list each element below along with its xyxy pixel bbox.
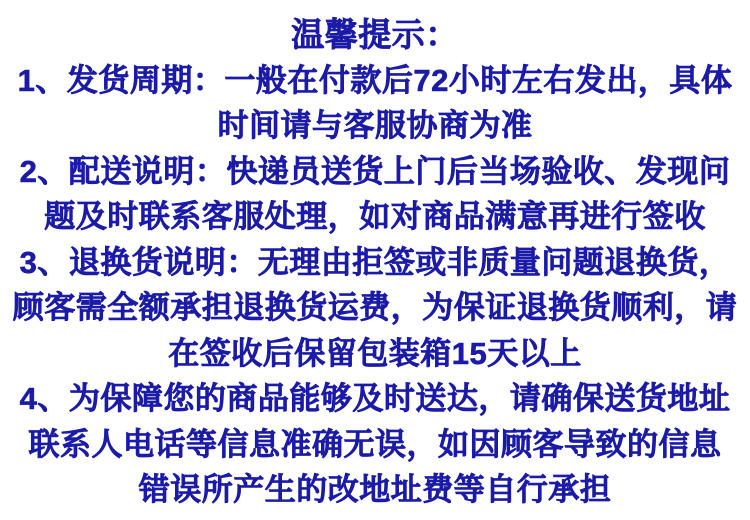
notice-line-shipping-2: 时间请与客服协商为准	[0, 103, 750, 149]
notice-line-address-2: 联系人电话等信息准确无误，如因顾客导致的信息	[0, 422, 750, 468]
notice-line-address-3: 错误所产生的改地址费等自行承担	[0, 467, 750, 513]
notice-line-shipping-1: 1、发货周期：一般在付款后72小时左右发出，具体	[0, 58, 750, 104]
notice-line-delivery-2: 题及时联系客服处理，如对商品满意再进行签收	[0, 194, 750, 240]
notice-line-delivery-1: 2、配送说明：快递员送货上门后当场验收、发现问	[0, 149, 750, 195]
warm-tips-notice: 温馨提示： 1、发货周期：一般在付款后72小时左右发出，具体 时间请与客服协商为…	[0, 0, 750, 520]
notice-line-returns-3: 在签收后保留包装箱15天以上	[0, 331, 750, 377]
notice-line-address-1: 4、为保障您的商品能够及时送达，请确保送货地址	[0, 376, 750, 422]
notice-title: 温馨提示：	[0, 12, 750, 58]
notice-line-returns-1: 3、退换货说明：无理由拒签或非质量问题退换货，	[0, 240, 750, 286]
notice-line-returns-2: 顾客需全额承担退换货运费，为保证退换货顺利，请	[0, 285, 750, 331]
